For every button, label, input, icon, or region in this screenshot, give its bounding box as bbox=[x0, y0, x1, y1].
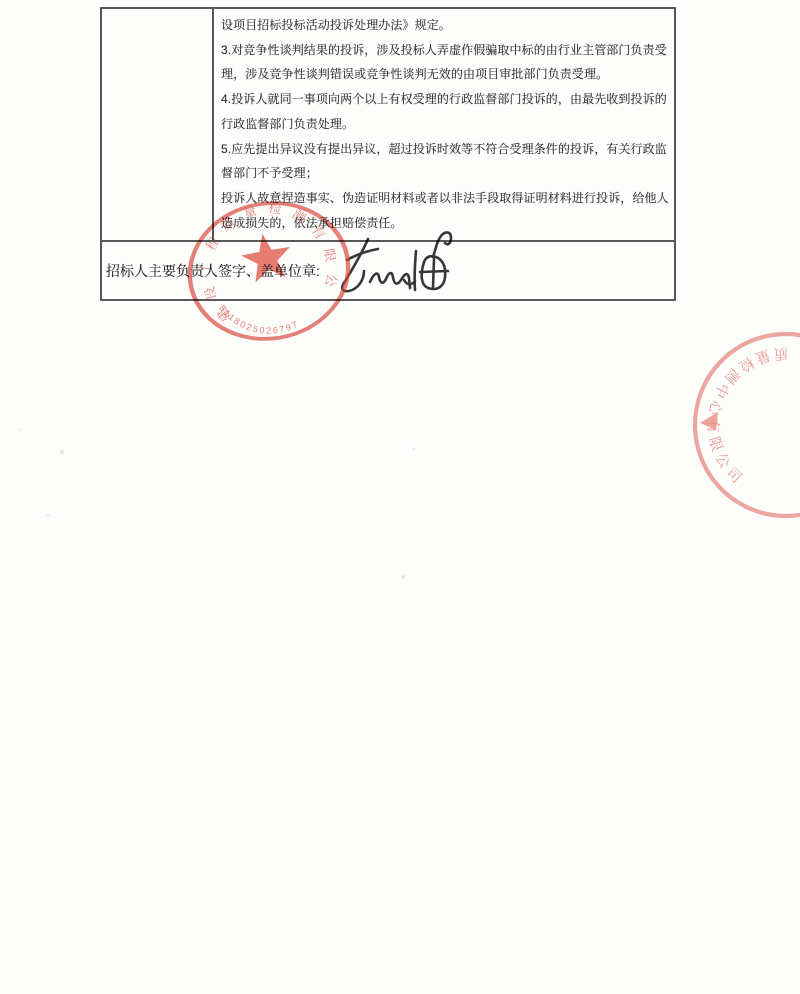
notice-line: 理，涉及竞争性谈判错误或竞争性谈判无效的由项目审批部门负责受理。 bbox=[221, 62, 673, 87]
table-column-divider bbox=[212, 7, 214, 241]
scan-noise-specks bbox=[19, 429, 416, 580]
notice-line: 行政监督部门负责处理。 bbox=[221, 112, 673, 137]
svg-text:质量检测中心有限公司: 质量检测中心有限公司 bbox=[704, 344, 789, 490]
notice-line: 设项目招标投标活动投诉处理办法》规定。 bbox=[221, 13, 673, 38]
notice-line: 投诉人故意捏造事实、伪造证明材料或者以非法手段取得证明材料进行投诉，给他人 bbox=[221, 186, 673, 211]
seal-ring-text: 质量检测中心有限公司 bbox=[704, 344, 789, 490]
notice-line: 督部门不予受理； bbox=[221, 161, 673, 186]
notice-text-cell: 设项目招标投标活动投诉处理办法》规定。 3.对竞争性谈判结果的投诉，涉及投标人弄… bbox=[221, 13, 673, 235]
partial-seal-right-edge: 质量检测中心有限公司 bbox=[695, 334, 800, 516]
notice-line: 造成损失的，依法承担赔偿责任。 bbox=[221, 211, 673, 236]
scanned-document-page: 设项目招标投标活动投诉处理办法》规定。 3.对竞争性谈判结果的投诉，涉及投标人弄… bbox=[0, 0, 800, 994]
notice-line: 3.对竞争性谈判结果的投诉，涉及投标人弄虚作假骗取中标的由行业主管部门负责受 bbox=[221, 38, 673, 63]
signature-row-label: 招标人主要负责人签字、盖单位章: bbox=[106, 261, 320, 281]
signature-row-divider bbox=[100, 240, 674, 242]
notice-line: 4.投诉人就同一事项向两个以上有权受理的行政监督部门投诉的，由最先收到投诉的 bbox=[221, 87, 673, 112]
star-tip-icon bbox=[700, 412, 718, 430]
notice-line: 5.应先提出异议没有提出异议，超过投诉时效等不符合受理条件的投诉，有关行政监 bbox=[221, 137, 673, 162]
